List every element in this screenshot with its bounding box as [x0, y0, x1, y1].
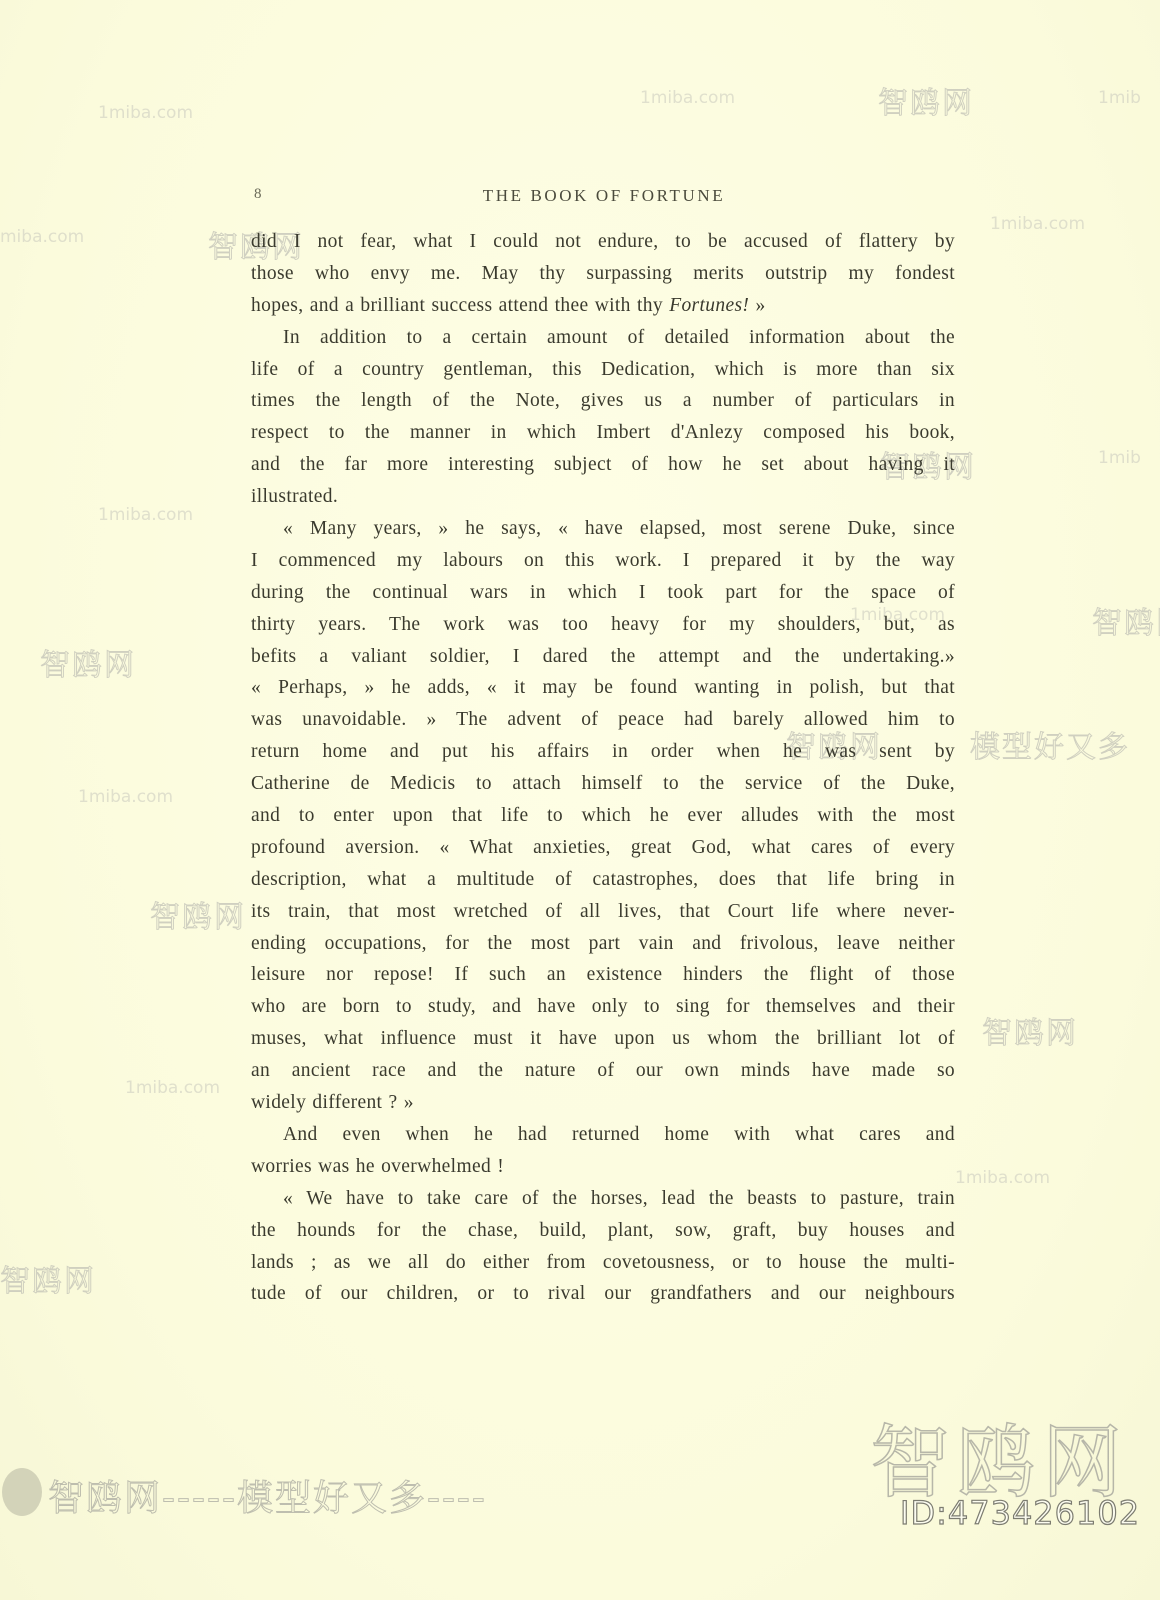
watermark-site-partial: 1mib	[1098, 448, 1141, 468]
text-line: who are born to study, and have only to …	[251, 991, 955, 1023]
watermark-slogan: 智鸥网-----模型好又多----	[48, 1470, 487, 1521]
text-line: widely different ? »	[251, 1087, 955, 1119]
text-line: and the far more interesting subject of …	[251, 449, 955, 481]
text-line: its train, that most wretched of all liv…	[251, 896, 955, 928]
text-line: worries was he overwhelmed !	[251, 1151, 955, 1183]
watermark-site: 1miba.com	[98, 505, 193, 525]
closing-quote: »	[749, 295, 765, 316]
text-line: hopes, and a brilliant success attend th…	[251, 290, 955, 322]
watermark-site: 1miba.com	[78, 787, 173, 807]
italic-book-title: Fortunes!	[669, 295, 749, 316]
watermark-slogan: 模型好又多	[970, 722, 1130, 766]
body-text: did I not fear, what I could not endure,…	[251, 226, 955, 1310]
paragraph-start: « We have to take care of the horses, le…	[251, 1183, 955, 1215]
text-line: respect to the manner in which Imbert d'…	[251, 417, 955, 449]
text-line: « Perhaps, » he adds, « it may be found …	[251, 672, 955, 704]
watermark-cn: 智鸥网	[0, 1256, 96, 1300]
watermark-cn: 智鸥网	[150, 892, 246, 936]
book-page: 1miba.com 1miba.com 智鸥网 1mib miba.com 智鸥…	[0, 0, 1160, 1600]
watermark-site: 1miba.com	[640, 88, 735, 108]
text-line: befits a valiant soldier, I dared the at…	[251, 641, 955, 673]
text-line: description, what a multitude of catastr…	[251, 864, 955, 896]
watermark-bird-logo-icon	[2, 1468, 42, 1516]
running-title: THE BOOK OF FORTUNE	[254, 186, 954, 206]
text-line: illustrated.	[251, 481, 955, 513]
text-line: lands ; as we all do either from covetou…	[251, 1247, 955, 1279]
text-line: was unavoidable. » The advent of peace h…	[251, 704, 955, 736]
watermark-site-partial: miba.com	[0, 227, 84, 247]
text-line: those who envy me. May thy surpassing me…	[251, 258, 955, 290]
text-line: tude of our children, or to rival our gr…	[251, 1278, 955, 1310]
text-line: return home and put his affairs in order…	[251, 736, 955, 768]
watermark-cn: 智鸥网	[878, 78, 974, 122]
text-line: times the length of the Note, gives us a…	[251, 385, 955, 417]
text-line: ending occupations, for the most part va…	[251, 928, 955, 960]
text-line: thirty years. The work was too heavy for…	[251, 609, 955, 641]
text-line: during the continual wars in which I too…	[251, 577, 955, 609]
text-line: and to enter upon that life to which he …	[251, 800, 955, 832]
paragraph-start: « Many years, » he says, « have elapsed,…	[251, 513, 955, 545]
text-line: profound aversion. « What anxieties, gre…	[251, 832, 955, 864]
text-line: muses, what influence must it have upon …	[251, 1023, 955, 1055]
text-line: an ancient race and the nature of our ow…	[251, 1055, 955, 1087]
text-line: leisure nor repose! If such an existence…	[251, 959, 955, 991]
watermark-site: 1miba.com	[990, 214, 1085, 234]
text-line: did I not fear, what I could not endure,…	[251, 226, 955, 258]
text-span: hopes, and a brilliant success attend th…	[251, 295, 669, 316]
watermark-site-partial: 1mib	[1098, 88, 1141, 108]
running-head: 8 THE BOOK OF FORTUNE	[254, 186, 954, 210]
watermark-site: 1miba.com	[98, 103, 193, 123]
paragraph-start: In addition to a certain amount of detai…	[251, 322, 955, 354]
watermark-cn: 智鸥网	[982, 1008, 1078, 1052]
text-line: life of a country gentleman, this Dedica…	[251, 354, 955, 386]
watermark-cn: 智鸥网	[1092, 598, 1160, 642]
watermark-site: 1miba.com	[125, 1078, 220, 1098]
text-line: I commenced my labours on this work. I p…	[251, 545, 955, 577]
watermark-site-partial: 1miba.com	[955, 1168, 1050, 1188]
text-line: the hounds for the chase, build, plant, …	[251, 1215, 955, 1247]
watermark-id: ID:473426102	[900, 1494, 1140, 1532]
watermark-cn: 智鸥网	[40, 640, 136, 684]
paragraph-start: And even when he had returned home with …	[251, 1119, 955, 1151]
text-line: Catherine de Medicis to attach himself t…	[251, 768, 955, 800]
